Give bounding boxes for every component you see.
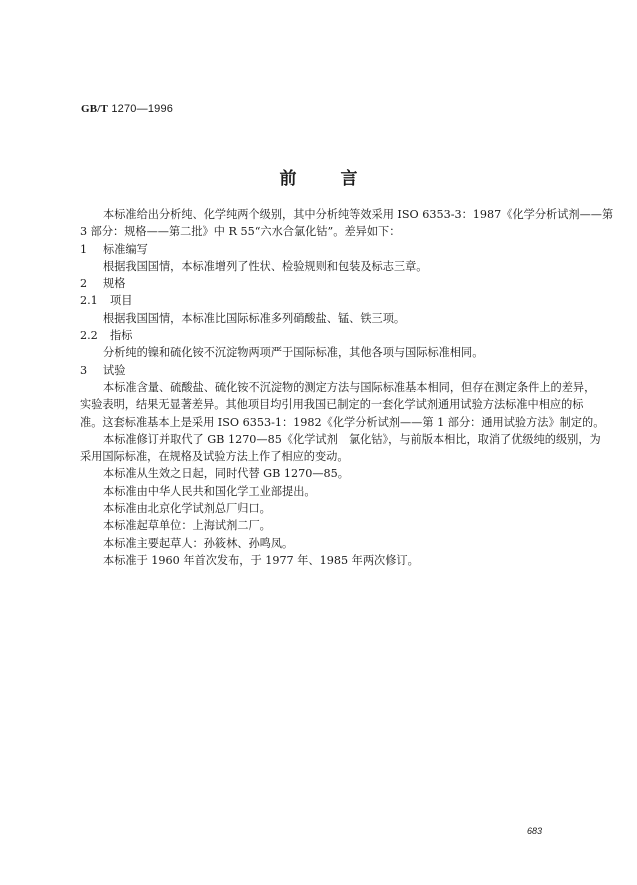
standard-code: GB/T 1270—1996: [81, 103, 173, 115]
history-statement: 本标准于 1960 年首次发布，于 1977 年、1985 年两次修订。: [80, 552, 566, 569]
standard-number: 1270—1996: [111, 103, 173, 115]
section-text: 根据我国国情，本标准比国际标准多列硝酸盐、锰、铁三项。: [80, 310, 566, 327]
section-text: 分析纯的镍和硫化铵不沉淀物两项严于国际标准，其他各项与国际标准相同。: [80, 344, 566, 361]
section-text-line: 实验表明，结果无显著差异。其他项目均引用我国已制定的一套化学试剂通用试验方法标准…: [80, 396, 566, 413]
section-number: 2.2: [80, 327, 110, 344]
foreword-body: 本标准给出分析纯、化学纯两个级别，其中分析纯等效采用 ISO 6353-3：19…: [80, 206, 566, 569]
drafters-statement: 本标准主要起草人：孙筱林、孙鸣凤。: [80, 535, 566, 552]
intro-paragraph-line: 3 部分：规格——第二批》中 R 55“六水合氯化钴”。差异如下：: [80, 223, 566, 240]
section-title: 规格: [103, 277, 125, 290]
section-title: 项目: [110, 294, 132, 307]
section-text-line: 准。这套标准基本上是采用 ISO 6353-1：1982《化学分析试剂——第 1…: [80, 414, 566, 431]
section-title: 试验: [103, 364, 125, 377]
page-number: 683: [527, 826, 542, 836]
revision-paragraph-line: 本标准修订并取代了 GB 1270—85《化学试剂 氯化钴》，与前版本相比，取消…: [80, 431, 566, 448]
section-heading-2: 2规格: [80, 275, 566, 292]
section-heading-1: 1标准编写: [80, 241, 566, 258]
intro-paragraph-line: 本标准给出分析纯、化学纯两个级别，其中分析纯等效采用 ISO 6353-3：19…: [80, 206, 566, 223]
section-heading-2-1: 2.1项目: [80, 292, 566, 309]
section-title: 标准编写: [103, 243, 148, 256]
section-heading-2-2: 2.2指标: [80, 327, 566, 344]
section-number: 3: [80, 362, 103, 379]
section-number: 1: [80, 241, 103, 258]
proposed-by-statement: 本标准由中华人民共和国化学工业部提出。: [80, 483, 566, 500]
page-title: 前言: [0, 164, 637, 189]
section-number: 2: [80, 275, 103, 292]
section-number: 2.1: [80, 292, 110, 309]
effective-statement: 本标准从生效之日起，同时代替 GB 1270—85。: [80, 465, 566, 482]
managed-by-statement: 本标准由北京化学试剂总厂归口。: [80, 500, 566, 517]
section-text: 根据我国国情，本标准增列了性状、检验规则和包装及标志三章。: [80, 258, 566, 275]
section-text-line: 本标准含量、硫酸盐、硫化铵不沉淀物的测定方法与国际标准基本相同，但存在测定条件上…: [80, 379, 566, 396]
drafting-unit-statement: 本标准起草单位：上海试剂二厂。: [80, 517, 566, 534]
section-title: 指标: [110, 329, 132, 342]
standard-prefix: GB/T: [81, 103, 108, 115]
revision-paragraph-line: 采用国际标准，在规格及试验方法上作了相应的变动。: [80, 448, 566, 465]
section-heading-3: 3试验: [80, 362, 566, 379]
